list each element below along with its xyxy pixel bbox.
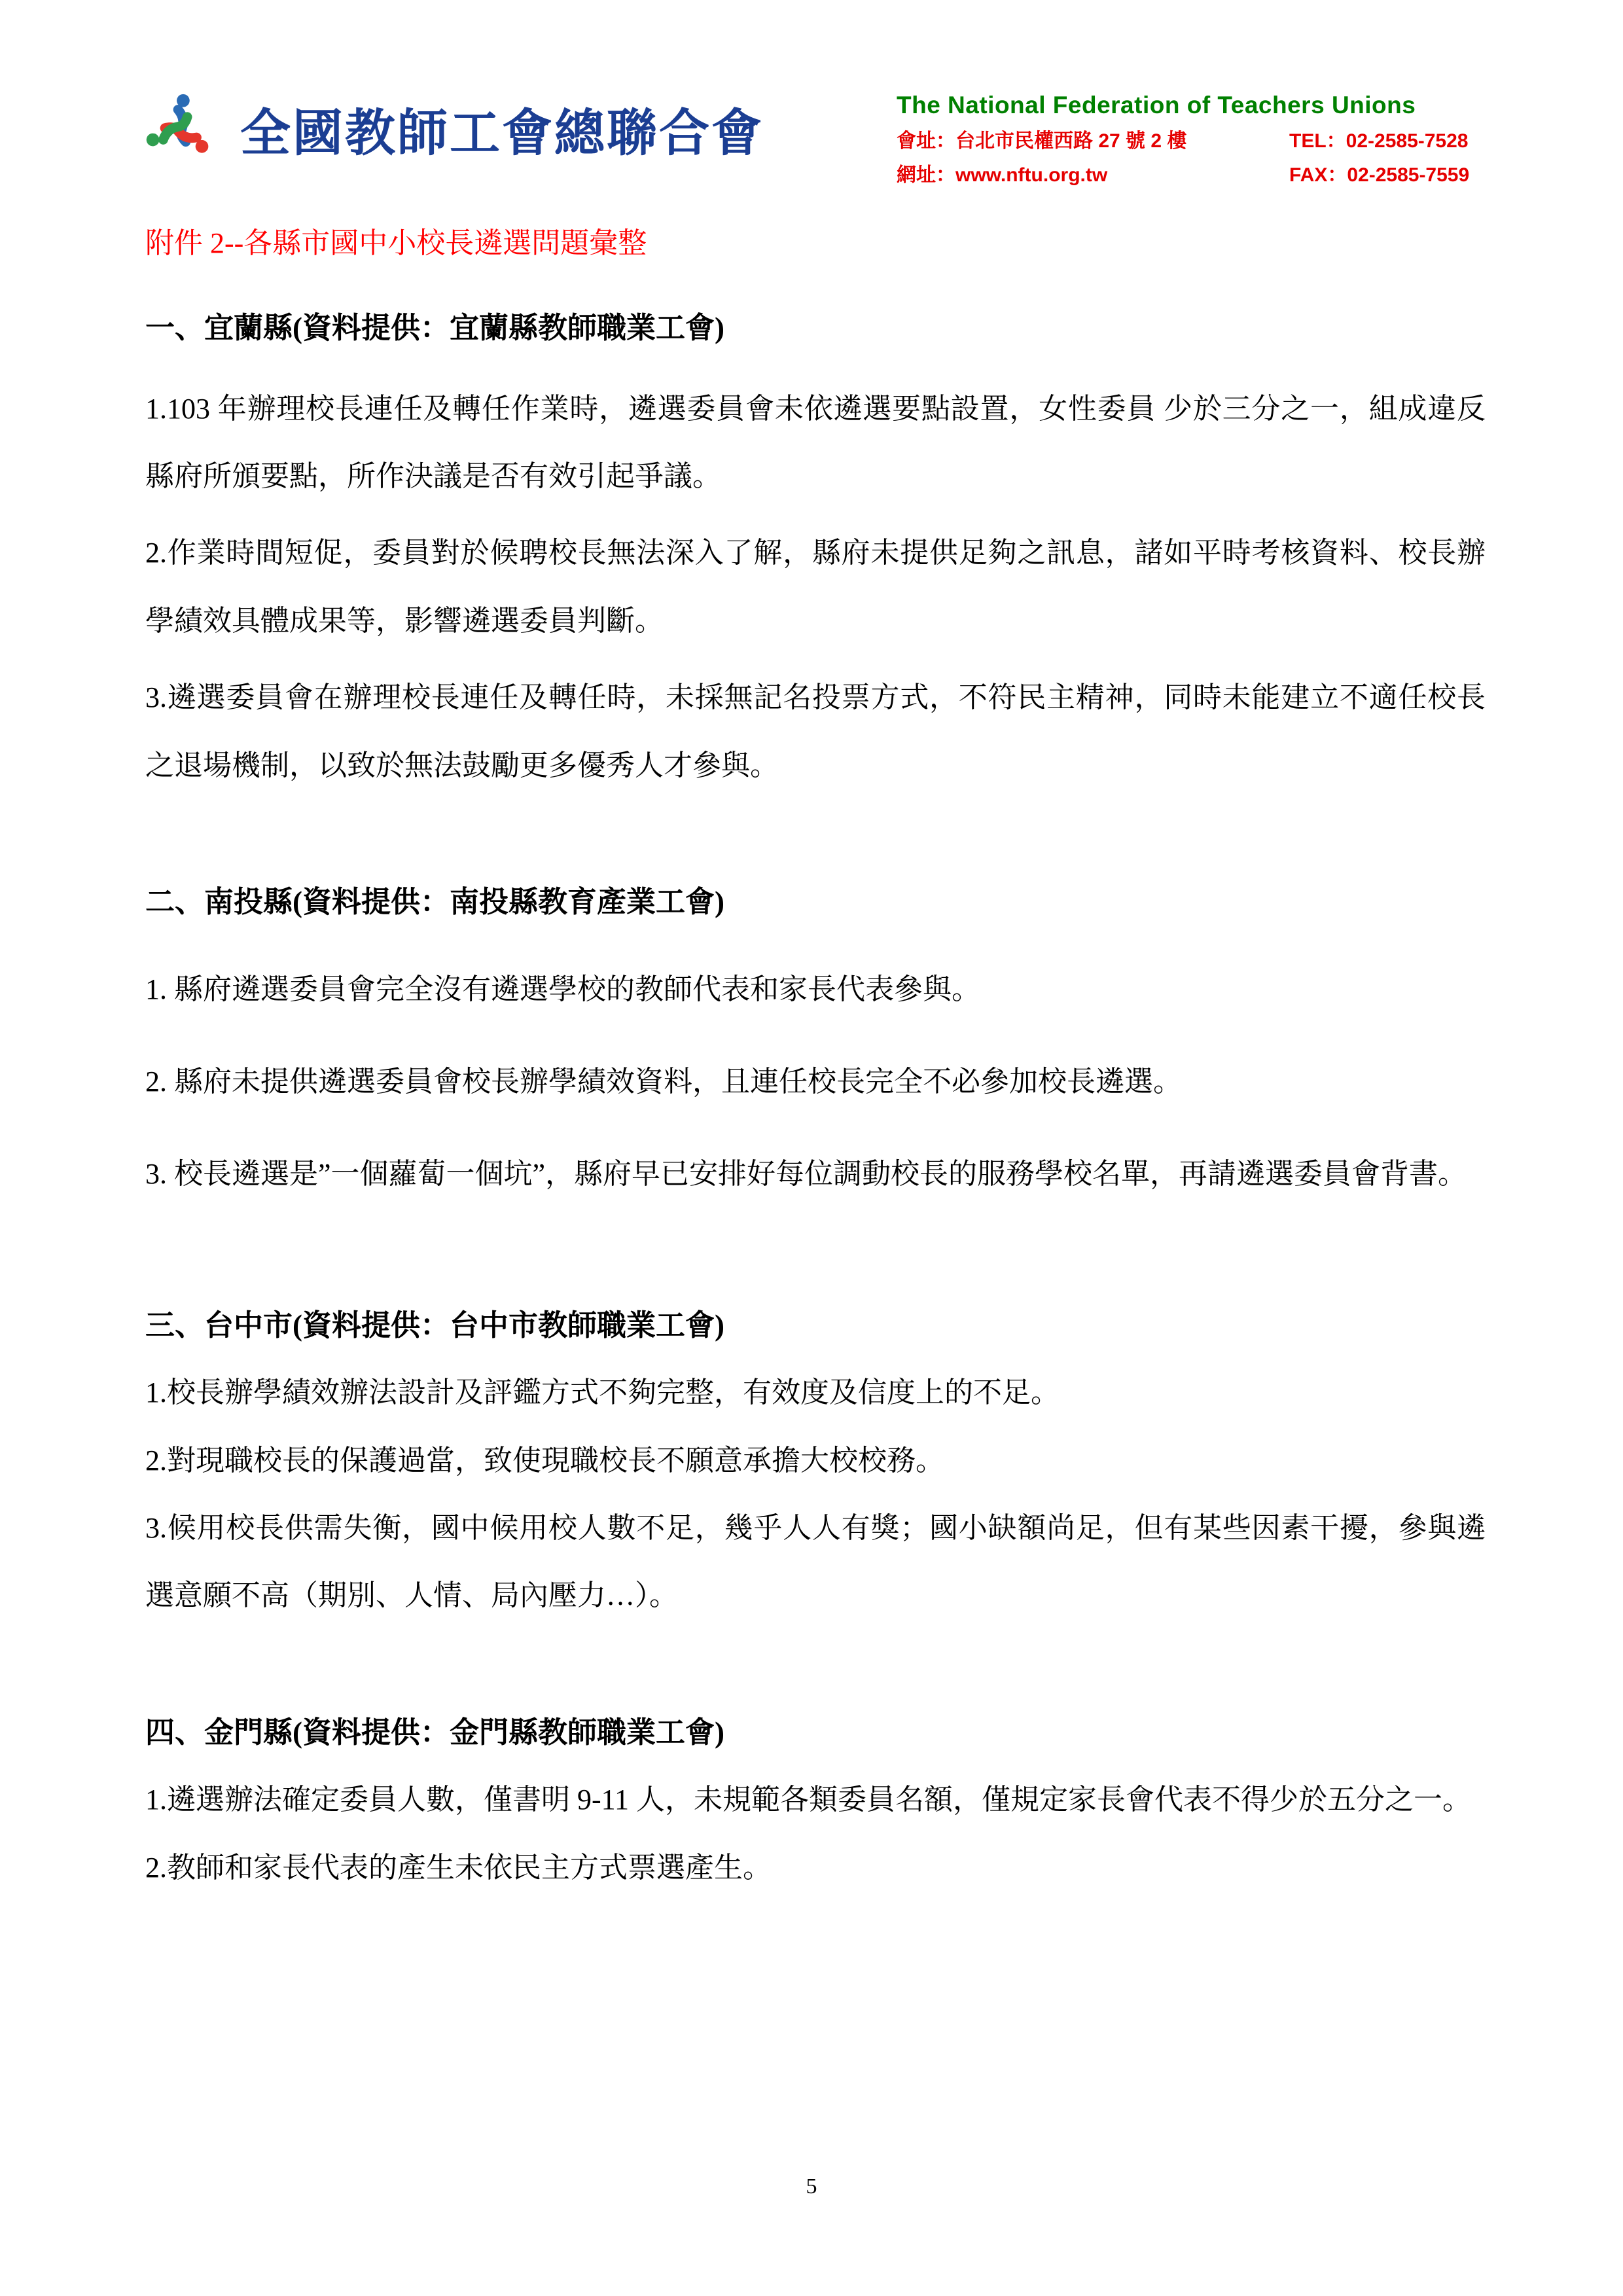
section-item: 1. 縣府遴選委員會完全沒有遴選學校的教師代表和家長代表參與。 bbox=[145, 956, 1486, 1023]
section-item: 3. 校長遴選是”一個蘿蔔一個坑”，縣府早已安排好每位調動校長的服務學校名單，再… bbox=[145, 1140, 1486, 1208]
section-yilan: 一、宜蘭縣(資料提供：宜蘭縣教師職業工會) 1.103 年辦理校長連任及轉任作業… bbox=[145, 309, 1486, 799]
contact-block: The National Federation of Teachers Unio… bbox=[897, 90, 1502, 187]
section-heading: 二、南投縣(資料提供：南投縣教育產業工會) bbox=[145, 883, 1486, 922]
section-item: 1.103 年辦理校長連任及轉任作業時，遴選委員會未依遴選要點設置，女性委員 少… bbox=[145, 375, 1486, 511]
contact-row-1: 會址：台北市民權西路 27 號 2 樓 TEL：02-2585-7528 bbox=[897, 124, 1502, 153]
section-item: 1.遴選辦法確定委員人數，僅書明 9-11 人，未規範各類委員名額，僅規定家長會… bbox=[145, 1766, 1486, 1833]
page-header: 全國教師工會總聯合會 The National Federation of Te… bbox=[0, 0, 1623, 187]
section-item: 2.作業時間短促，委員對於候聘校長無法深入了解，縣府未提供足夠之訊息，諸如平時考… bbox=[145, 519, 1486, 655]
document-page: 全國教師工會總聯合會 The National Federation of Te… bbox=[0, 0, 1623, 2296]
section-item: 1.校長辦學績效辦法設計及評鑑方式不夠完整，有效度及信度上的不足。 bbox=[145, 1359, 1486, 1426]
document-title: 附件 2--各縣市國中小校長遴選問題彙整 bbox=[145, 224, 1486, 262]
organization-name-english: The National Federation of Teachers Unio… bbox=[897, 92, 1502, 119]
section-taichung: 三、台中市(資料提供：台中市教師職業工會) 1.校長辦學績效辦法設計及評鑑方式不… bbox=[145, 1306, 1486, 1630]
contact-row-2: 網址：www.nftu.org.tw FAX：02-2585-7559 bbox=[897, 158, 1502, 187]
page-number: 5 bbox=[0, 2174, 1623, 2199]
section-heading: 一、宜蘭縣(資料提供：宜蘭縣教師職業工會) bbox=[145, 309, 1486, 348]
website-line: 網址：www.nftu.org.tw bbox=[897, 158, 1289, 187]
section-item: 2. 縣府未提供遴選委員會校長辦學績效資料，且連任校長完全不必參加校長遴選。 bbox=[145, 1048, 1486, 1115]
tel-line: TEL：02-2585-7528 bbox=[1289, 124, 1469, 153]
section-heading: 四、金門縣(資料提供：金門縣教師職業工會) bbox=[145, 1713, 1486, 1752]
section-item: 3.候用校長供需失衡，國中候用校人數不足，幾乎人人有獎；國小缺額尚足，但有某些因… bbox=[145, 1494, 1486, 1630]
section-heading: 三、台中市(資料提供：台中市教師職業工會) bbox=[145, 1306, 1486, 1345]
fax-line: FAX：02-2585-7559 bbox=[1289, 158, 1469, 187]
section-nantou: 二、南投縣(資料提供：南投縣教育產業工會) 1. 縣府遴選委員會完全沒有遴選學校… bbox=[145, 883, 1486, 1208]
nftu-logo-icon bbox=[141, 90, 218, 168]
organization-name-chinese: 全國教師工會總聯合會 bbox=[240, 93, 764, 166]
section-item: 2.對現職校長的保護過當，致使現職校長不願意承擔大校校務。 bbox=[145, 1427, 1486, 1494]
section-item: 3.遴選委員會在辦理校長連任及轉任時，未採無記名投票方式，不符民主精神，同時未能… bbox=[145, 664, 1486, 799]
organization-logo: 全國教師工會總聯合會 bbox=[141, 90, 764, 168]
section-item: 2.教師和家長代表的產生未依民主方式票選產生。 bbox=[145, 1834, 1486, 1901]
address-line: 會址：台北市民權西路 27 號 2 樓 bbox=[897, 124, 1289, 153]
section-kinmen: 四、金門縣(資料提供：金門縣教師職業工會) 1.遴選辦法確定委員人數，僅書明 9… bbox=[145, 1713, 1486, 1901]
